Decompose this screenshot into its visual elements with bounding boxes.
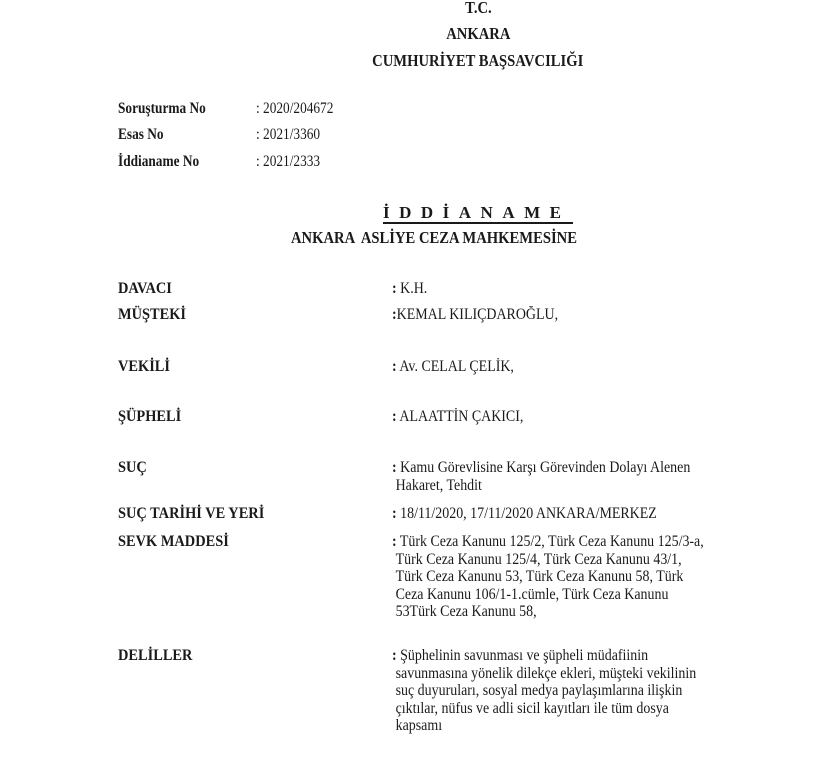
crime-label: SUÇ (118, 459, 150, 477)
document-title: İDDİANAME (383, 203, 571, 223)
header-tc: T.C. (0, 0, 834, 18)
complainant-label: MÜŞTEKİ (118, 306, 194, 324)
attorney-label: VEKİLİ (118, 358, 176, 376)
suspect-label: ŞÜPHELİ (118, 408, 188, 426)
plaintiff-label: DAVACI (118, 280, 178, 298)
case-no-value: : 2021/3360 (256, 126, 331, 144)
complainant-value: :KEMAL KILIÇDAROĞLU, (392, 306, 834, 324)
crime-date-place-value: : 18/11/2020, 17/11/2020 ANKARA/MERKEZ (392, 505, 834, 523)
investigation-no-label: Soruşturma No (118, 100, 220, 118)
suspect-value: : ALAATTİN ÇAKICI, (392, 408, 834, 426)
crime-value: : Kamu Görevlisine Karşı Görevinden Dola… (392, 459, 834, 494)
title-underline (383, 222, 573, 224)
evidence-value: : Şüphelinin savunması ve şüpheli müdafi… (392, 647, 834, 735)
indictment-no-value: : 2021/2333 (256, 153, 331, 171)
plaintiff-value: : K.H. (392, 280, 834, 298)
header-city: ANKARA (0, 24, 834, 44)
referral-articles-label: SEVK MADDESİ (118, 533, 241, 551)
crime-date-place-label: SUÇ TARİHİ VE YERİ (118, 505, 281, 523)
case-no-label: Esas No (118, 126, 171, 144)
court-name: ANKARA ASLİYE CEZA MAHKEMESİNE (291, 228, 624, 248)
investigation-no-value: : 2020/204672 (256, 100, 346, 118)
referral-articles-value: : Türk Ceza Kanunu 125/2, Türk Ceza Kanu… (392, 533, 834, 621)
evidence-label: DELİLLER (118, 647, 201, 665)
indictment-no-label: İddianame No (118, 153, 212, 171)
header-office: CUMHURİYET BAŞSAVCILIĞI (0, 51, 834, 71)
attorney-value: : Av. CELAL ÇELİK, (392, 358, 834, 376)
